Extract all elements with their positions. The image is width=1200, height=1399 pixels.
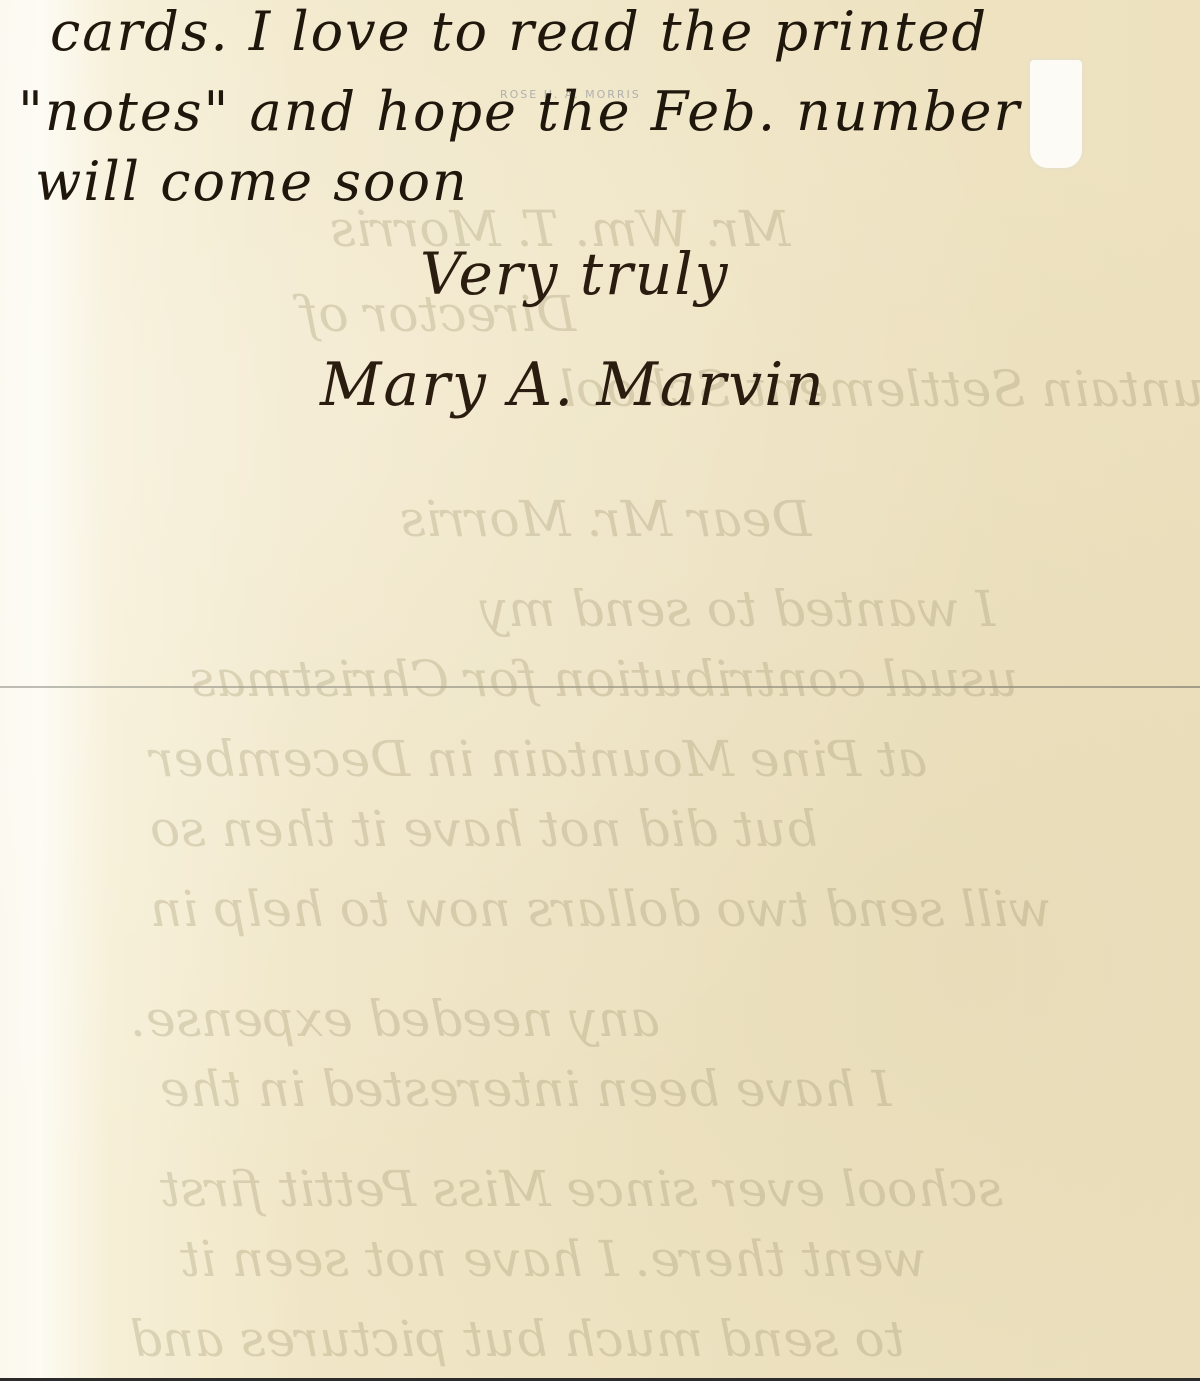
letter-line-3: will come soon bbox=[35, 150, 469, 213]
signature: Mary A. Marvin bbox=[320, 350, 826, 420]
closing: Very truly bbox=[420, 240, 730, 308]
letter-line-1: cards. I love to read the printed bbox=[50, 0, 988, 63]
letter-paper: Mr. Wm. T. Morris Director of Pine Mount… bbox=[0, 0, 1200, 1381]
bleed-through-line: school ever since Miss Pettit first bbox=[160, 1160, 1003, 1218]
fold-crease bbox=[0, 686, 1200, 688]
bleed-through-line: to send much but pictures and bbox=[130, 1310, 905, 1368]
bleed-through-line: any needed expense. bbox=[130, 990, 660, 1048]
bleed-through-line: I have been interested in the bbox=[160, 1060, 891, 1118]
bleed-through-line: will send two dollars now to help in bbox=[150, 880, 1051, 938]
bleed-through-line: at Pine Mountain in December bbox=[150, 730, 927, 788]
tape-remnant bbox=[1030, 60, 1082, 168]
bleed-through-line: but did not have it then so bbox=[150, 800, 818, 858]
bleed-through-line: Dear Mr. Morris bbox=[400, 490, 811, 548]
bleed-through-line: usual contribution for Christmas bbox=[190, 650, 1018, 708]
bleed-through-line: I wanted to send my bbox=[480, 580, 995, 638]
bleed-through-line: went there. I have not seen it bbox=[180, 1230, 926, 1288]
letter-line-2: "notes" and hope the Feb. number bbox=[18, 80, 1021, 143]
